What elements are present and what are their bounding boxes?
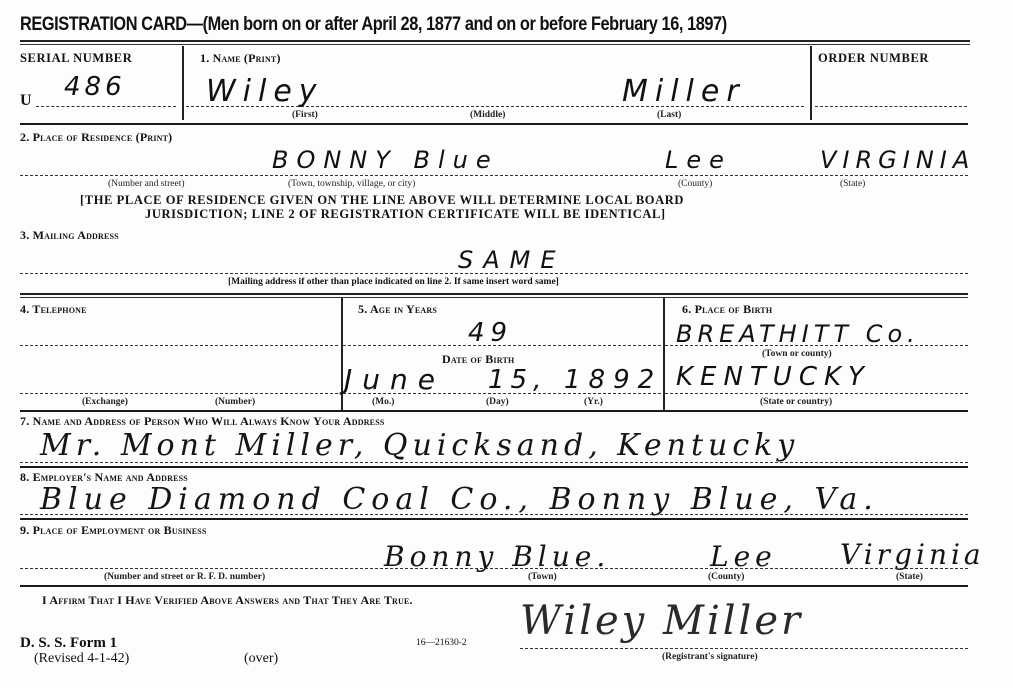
form-name: D. S. S. Form 1	[20, 635, 117, 652]
order-divider	[810, 46, 812, 120]
form-revised: (Revised 4-1-42)	[34, 651, 129, 667]
employment-street-caption: (Number and street or R. F. D. number)	[104, 572, 265, 582]
name-middle-caption: (Middle)	[470, 110, 505, 120]
employment-county-caption: (County)	[708, 572, 744, 582]
name-last-value[interactable]: Miller	[622, 74, 746, 109]
employment-town-caption: (Town)	[528, 572, 557, 582]
birthplace-town-line	[665, 345, 968, 346]
telephone-line-2	[20, 393, 338, 394]
residence-street-caption: (Number and street)	[108, 179, 185, 189]
residence-county-value[interactable]: Lee	[665, 146, 732, 174]
residence-town-value[interactable]: BONNY Blue	[272, 146, 499, 174]
row9-divider	[20, 585, 968, 587]
name-first-value[interactable]: Wiley	[206, 74, 324, 109]
print-code: 16—21630-2	[416, 638, 467, 648]
row4-divider	[20, 410, 968, 412]
affirmation-text: I Affirm That I Have Verified Above Answ…	[42, 593, 413, 608]
signature-line	[520, 648, 968, 649]
employer-line	[20, 514, 968, 515]
order-number-label: ORDER NUMBER	[818, 51, 929, 66]
age-value[interactable]: 49	[468, 318, 513, 348]
birthplace-town-value[interactable]: BREATHITT Co.	[676, 320, 920, 348]
employment-state-caption: (State)	[896, 572, 923, 582]
mailing-line	[20, 273, 968, 274]
birthplace-state-line	[665, 393, 968, 394]
dob-year-caption: (Yr.)	[584, 397, 603, 407]
row3-divider	[20, 293, 968, 298]
residence-state-value[interactable]: VIRGINIA	[820, 146, 975, 174]
employment-state-value[interactable]: Virginia	[840, 538, 985, 571]
employer-value[interactable]: Blue Diamond Coal Co., Bonny Blue, Va.	[40, 482, 879, 517]
name-label: 1. Name (Print)	[200, 51, 281, 66]
telephone-label: 4. Telephone	[20, 302, 87, 317]
birthplace-state-value[interactable]: KENTUCKY	[676, 362, 871, 392]
residence-notice-line1: [THE PLACE OF RESIDENCE GIVEN ON THE LIN…	[80, 193, 684, 208]
order-line	[815, 106, 967, 107]
contact-label: 7. Name and Address of Person Who Will A…	[20, 414, 385, 429]
birthplace-label: 6. Place of Birth	[682, 302, 772, 317]
residence-county-caption: (County)	[678, 179, 712, 189]
telephone-line-1	[20, 345, 338, 346]
mailing-address-value[interactable]: SAME	[458, 246, 566, 274]
row8-divider	[20, 518, 968, 520]
residence-notice-line2: JURISDICTION; LINE 2 OF REGISTRATION CER…	[145, 207, 666, 222]
contact-value[interactable]: Mr. Mont Miller, Quicksand, Kentucky	[40, 428, 799, 463]
residence-label: 2. Place of Residence (Print)	[20, 130, 172, 145]
mailing-address-caption: [Mailing address if other than place ind…	[228, 277, 559, 287]
dob-day-caption: (Day)	[486, 397, 509, 407]
registrant-signature[interactable]: Wiley Miller	[520, 598, 803, 644]
signature-caption: (Registrant's signature)	[662, 652, 758, 662]
serial-prefix: U	[20, 92, 32, 110]
telephone-exchange-caption: (Exchange)	[82, 397, 128, 407]
dob-year-value[interactable]: 1892	[564, 365, 662, 395]
residence-state-caption: (State)	[840, 179, 865, 189]
serial-line	[36, 106, 176, 107]
row1-divider	[20, 123, 968, 125]
age-line	[343, 345, 661, 346]
employment-line	[20, 568, 968, 569]
card-title: REGISTRATION CARD—(Men born on or after …	[20, 14, 727, 36]
residence-town-caption: (Town, township, village, or city)	[288, 179, 415, 189]
telephone-number-caption: (Number)	[215, 397, 255, 407]
mailing-address-label: 3. Mailing Address	[20, 228, 119, 243]
dob-month-caption: (Mo.)	[372, 397, 394, 407]
name-line	[186, 106, 804, 107]
over-note: (over)	[244, 651, 278, 667]
serial-number-label: SERIAL NUMBER	[20, 51, 132, 66]
residence-line	[20, 175, 968, 176]
age-label: 5. Age in Years	[358, 302, 437, 317]
title-divider	[20, 40, 970, 45]
dob-line	[343, 393, 661, 394]
contact-line	[20, 462, 968, 463]
name-last-caption: (Last)	[657, 110, 681, 120]
dob-day-value[interactable]: 15,	[488, 365, 547, 395]
serial-number-value[interactable]: 486	[64, 72, 126, 102]
dob-month-value[interactable]: June	[344, 363, 445, 396]
row7-divider	[20, 466, 968, 468]
employment-place-label: 9. Place of Employment or Business	[20, 523, 207, 538]
serial-divider	[182, 46, 184, 120]
name-first-caption: (First)	[292, 110, 318, 120]
birthplace-town-caption: (Town or county)	[762, 349, 832, 359]
birthplace-state-caption: (State or country)	[760, 397, 832, 407]
